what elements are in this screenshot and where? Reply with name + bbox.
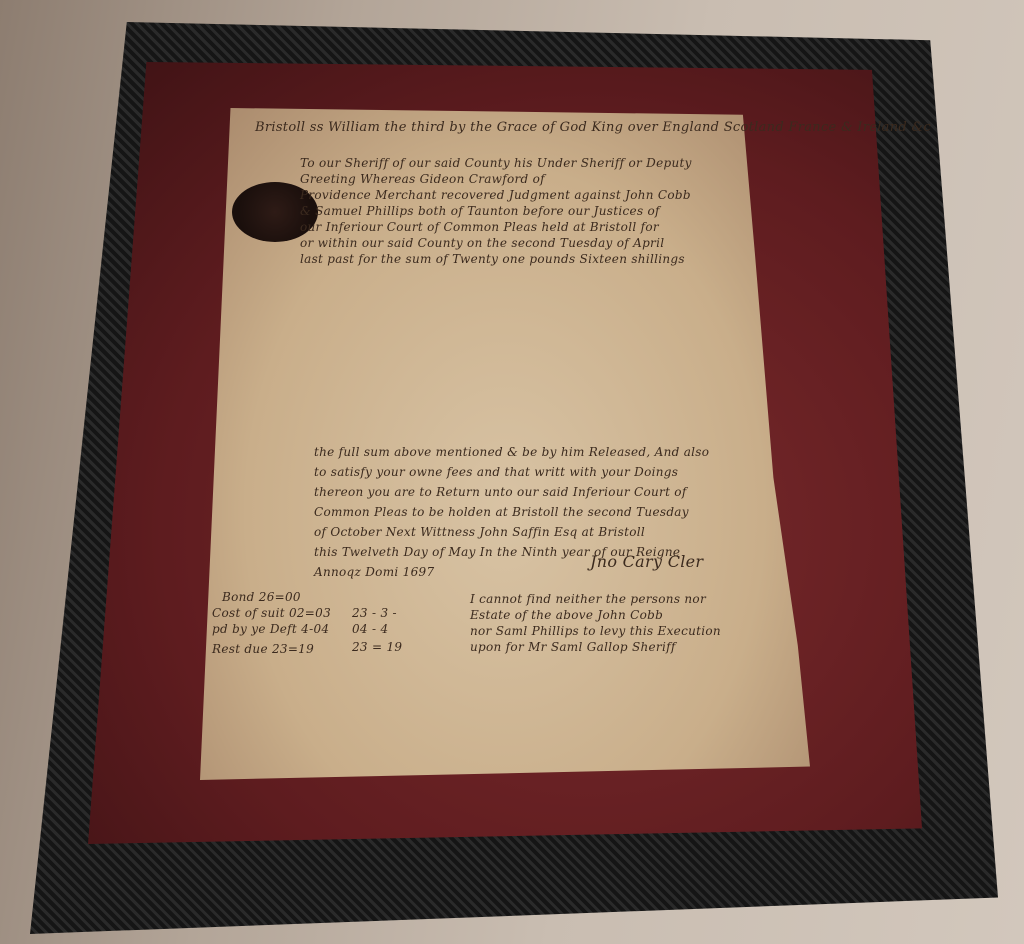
document-line: of October Next Wittness John Saffin Esq… — [314, 525, 645, 539]
return-note-line: Estate of the above John Cobb — [470, 608, 663, 622]
document-line: our Inferiour Court of Common Pleas held… — [300, 220, 659, 234]
return-note-line: nor Saml Phillips to levy this Execution — [470, 624, 721, 638]
account-total: 23 = 19 — [352, 640, 402, 654]
return-note-line: I cannot find neither the persons nor — [470, 592, 706, 606]
document-line: Annoqz Domi 1697 — [314, 565, 434, 579]
document-line: & Samuel Phillips both of Taunton before… — [300, 204, 660, 218]
document-line: thereon you are to Return unto our said … — [314, 485, 687, 499]
document-line: last past for the sum of Twenty one poun… — [300, 252, 685, 266]
account-line: Bond 26=00 — [222, 590, 301, 604]
account-line: Cost of suit 02=03 — [212, 606, 331, 620]
document-line: or within our said County on the second … — [300, 236, 664, 250]
document-line: Common Pleas to be holden at Bristoll th… — [314, 505, 689, 519]
clerk-signature: Jno Cary Cler — [590, 552, 703, 571]
document-line: Greeting Whereas Gideon Crawford of — [300, 172, 545, 186]
account-line: pd by ye Deft 4-04 — [212, 622, 329, 636]
account-line: Rest due 23=19 — [212, 642, 314, 656]
document-line: To our Sheriff of our said County his Un… — [300, 156, 692, 170]
return-note-line: upon for Mr Saml Gallop Sheriff — [470, 640, 676, 654]
document-line: Providence Merchant recovered Judgment a… — [300, 188, 691, 202]
account-total: 23 - 3 - — [352, 606, 397, 620]
document-line: the full sum above mentioned & be by him… — [314, 445, 709, 459]
account-total: 04 - 4 — [352, 622, 388, 636]
document-line: to satisfy your owne fees and that writt… — [314, 465, 678, 479]
document-header: Bristoll ss William the third by the Gra… — [255, 120, 931, 135]
